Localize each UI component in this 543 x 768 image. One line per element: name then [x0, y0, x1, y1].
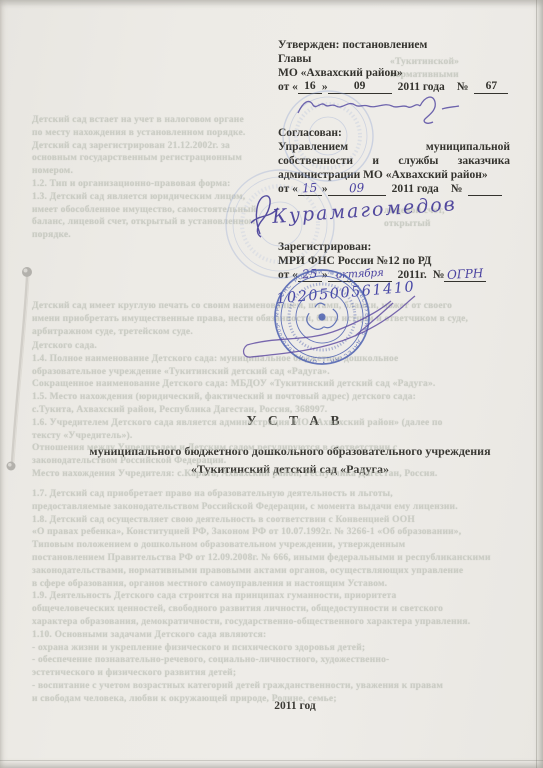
paper-right-edge [536, 0, 537, 768]
approved-line: Главы [278, 52, 510, 66]
date-year: 2011 года [392, 183, 439, 195]
agreed-date-line: от «15»092011 года№ [278, 182, 510, 196]
handwritten-month: 09 [349, 182, 365, 196]
date-month: 09 [328, 182, 386, 196]
document-number [468, 182, 502, 196]
bleedthrough-text: Детского сада. 1.4. Полное наименование … [32, 340, 512, 481]
approved-date-line: от «16»092011 года№67 [278, 80, 510, 94]
agreed-line: Согласован: [278, 126, 510, 140]
binding-thread [7, 267, 33, 471]
approved-line: МО «Ахвахский район» [278, 66, 510, 80]
date-prefix: от « [278, 269, 298, 281]
date-month: 09 [328, 80, 392, 94]
approval-signature [298, 97, 459, 123]
date-month: октября [328, 268, 392, 282]
registered-line: Зарегистрирован: [278, 240, 510, 254]
handwritten-month: октября [336, 267, 384, 282]
document-number: 67 [474, 80, 508, 94]
agreed-line: собственности и службы заказчика [278, 154, 510, 168]
handwritten-day: 15 [302, 182, 318, 196]
agreed-block: Согласован: Управлением муниципальной со… [278, 126, 510, 196]
paper-bottom-edge [0, 760, 543, 761]
handwritten-day: 25 [302, 268, 318, 282]
date-day: 15 [298, 182, 322, 196]
date-day: 25 [298, 268, 322, 282]
bleedthrough-text: 1.7. Детский сад приобретает право на об… [32, 488, 512, 706]
date-prefix: от « [278, 183, 298, 195]
bleedthrough-text: Детский сад встает на учет в налоговом о… [32, 114, 278, 242]
agreed-line: Управлением муниципальной [278, 140, 510, 154]
date-day: 16 [298, 80, 322, 94]
number-label: № [457, 81, 469, 93]
date-prefix: от « [278, 81, 298, 93]
approved-block: Утвержден: постановлением Главы МО «Ахва… [278, 38, 510, 94]
date-year: 2011 года [398, 81, 445, 93]
scanned-charter-page: «Тукитинской» нормативными Детский сад в… [0, 0, 543, 768]
bleedthrough-text: Детский сад имеет круглую печать со свои… [32, 300, 512, 338]
approved-line: Утвержден: постановлением [278, 38, 510, 52]
registered-block: Зарегистрирован: МРИ ФНС России №12 по Р… [278, 240, 510, 282]
